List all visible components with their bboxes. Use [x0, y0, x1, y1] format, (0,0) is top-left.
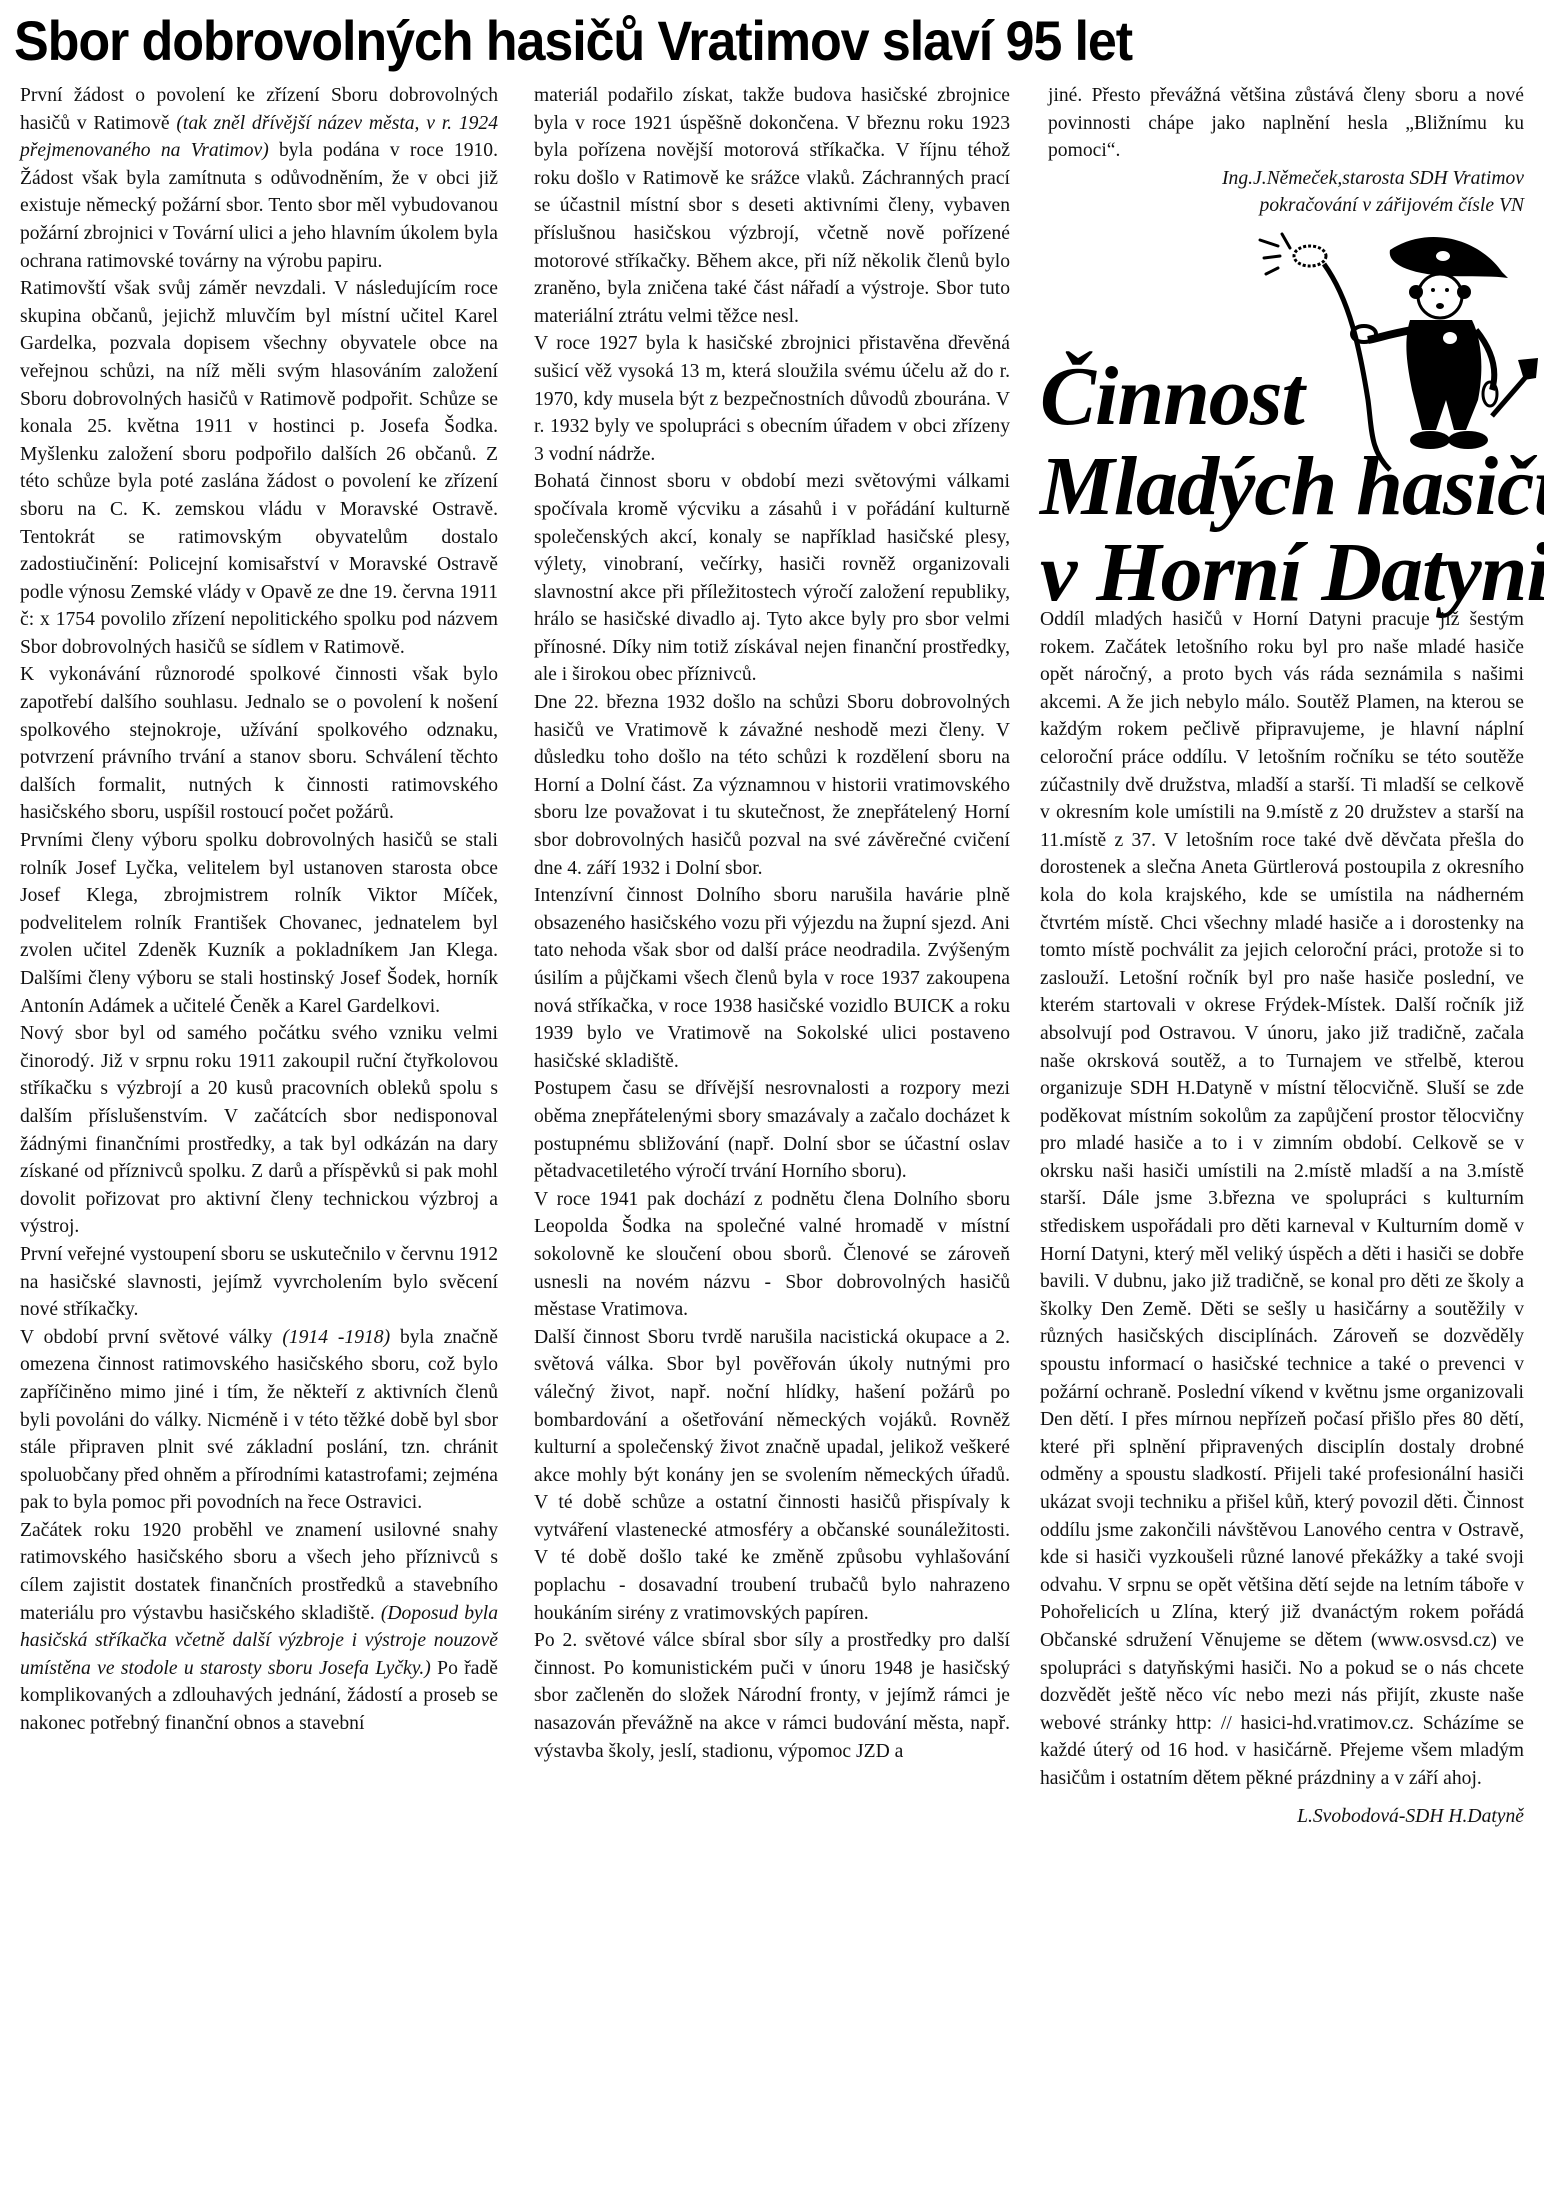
article2-body: Oddíl mladých hasičů v Horní Datyni prac… — [1040, 606, 1524, 1830]
paragraph: Oddíl mladých hasičů v Horní Datyni prac… — [1040, 606, 1524, 1793]
paragraph: Dne 22. března 1932 došlo na schůzi Sbor… — [534, 689, 1010, 882]
paragraph: Postupem času se dřívější nesrovnalosti … — [534, 1075, 1010, 1185]
article-column-3-body: jiné. Přesto převážná většina zůstává čl… — [1048, 82, 1524, 165]
article2-title-line-2: Mladých hasičů — [1040, 442, 1540, 532]
paragraph: Začátek roku 1920 proběhl ve znamení usi… — [20, 1517, 498, 1738]
paragraph: První žádost o povolení ke zřízení Sboru… — [20, 82, 498, 275]
paragraph: Nový sbor byl od samého počátku svého vz… — [20, 1020, 498, 1241]
article2-text: Oddíl mladých hasičů v Horní Datyni prac… — [1040, 606, 1524, 1793]
paragraph: K vykonávání různorodé spolkové činnosti… — [20, 661, 498, 827]
article2-title-line-1: Činnost — [1040, 352, 1540, 442]
paragraph: V roce 1927 byla k hasičské zbrojnici př… — [534, 330, 1010, 468]
article-column-3: jiné. Přesto převážná většina zůstává čl… — [1048, 82, 1524, 220]
paragraph: Ratimovští však svůj záměr nevzdali. V n… — [20, 275, 498, 661]
paragraph: V období první světové války (1914 -1918… — [20, 1324, 498, 1517]
paragraph: materiál podařilo získat, takže budova h… — [534, 82, 1010, 330]
article-signature: Ing.J.Němeček,starosta SDH Vratimov — [1048, 165, 1524, 193]
article-headline: Sbor dobrovolných hasičů Vratimov slaví … — [14, 6, 1428, 76]
article2-title-line-3: v Horní Datyni — [1040, 528, 1540, 618]
paragraph: Intenzívní činnost Dolního sboru narušil… — [534, 882, 1010, 1075]
paragraph: První veřejné vystoupení sboru se uskute… — [20, 1241, 498, 1324]
article-column-2: materiál podařilo získat, takže budova h… — [534, 82, 1010, 1765]
article-continuation-note: pokračování v zářijovém čísle VN — [1048, 192, 1524, 220]
paragraph: Bohatá činnost sboru v období mezi světo… — [534, 468, 1010, 689]
paragraph: Další činnost Sboru tvrdě narušila nacis… — [534, 1324, 1010, 1628]
paragraph: jiné. Přesto převážná většina zůstává čl… — [1048, 82, 1524, 165]
paragraph: Prvními členy výboru spolku dobrovolných… — [20, 827, 498, 1020]
paragraph: V roce 1941 pak dochází z podnětu člena … — [534, 1186, 1010, 1324]
paragraph: Po 2. světové válce sbíral sbor síly a p… — [534, 1627, 1010, 1765]
article2-signature: L.Svobodová-SDH H.Datyně — [1040, 1803, 1524, 1831]
article-column-1: První žádost o povolení ke zřízení Sboru… — [20, 82, 498, 1738]
